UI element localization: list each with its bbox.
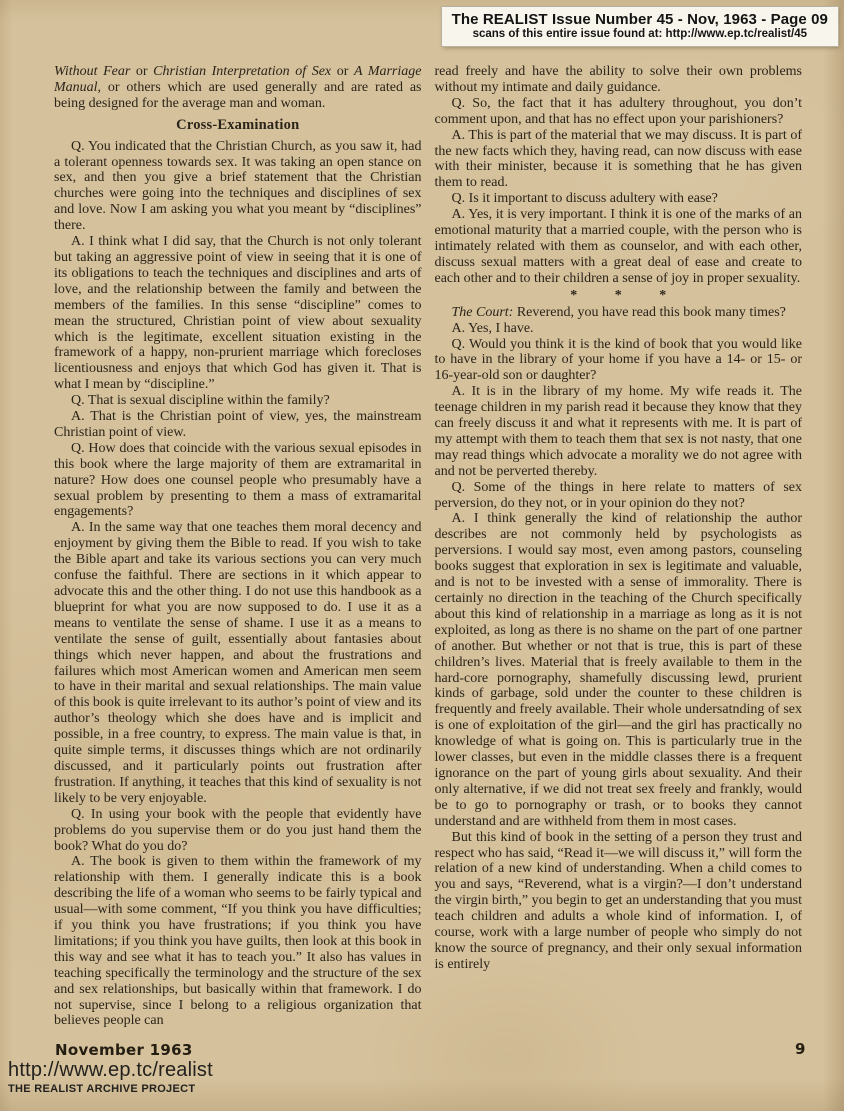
qa-paragraph: Q. You indicated that the Christian Chur… (54, 139, 422, 234)
qa-paragraph: Q. How does that coincide with the vario… (54, 441, 422, 521)
asterisk-separator: * * * (435, 288, 803, 304)
book-title-italic: Without Fear (54, 64, 130, 79)
qa-paragraph: Q. Some of the things in here relate to … (435, 480, 803, 512)
page-text-columns: Without Fear or Christian Interpretation… (54, 64, 802, 1046)
header-issue-line: The REALIST Issue Number 45 - Nov, 1963 … (452, 11, 828, 28)
qa-paragraph: A. I think what I did say, that the Chur… (54, 234, 422, 393)
section-heading: Cross-Examination (54, 118, 422, 134)
qa-paragraph: A. Yes, I have. (435, 321, 803, 337)
qa-paragraph: A. That is the Christian point of view, … (54, 409, 422, 441)
left-column: Without Fear or Christian Interpretation… (54, 64, 422, 1046)
court-speaker-label: The Court: (452, 305, 514, 320)
archive-footer-url: http://www.ep.tc/realist (8, 1059, 213, 1081)
qa-paragraph: But this kind of book in the setting of … (435, 830, 803, 973)
right-column: read freely and have the ability to solv… (435, 64, 803, 1046)
court-paragraph: The Court: Reverend, you have read this … (435, 305, 803, 321)
intro-paragraph: Without Fear or Christian Interpretation… (54, 64, 422, 112)
qa-paragraph: A. The book is given to them within the … (54, 854, 422, 1029)
qa-paragraph: Q. In using your book with the people th… (54, 807, 422, 855)
qa-paragraph: Q. So, the fact that it has adultery thr… (435, 96, 803, 128)
issue-date-footer: November 1963 (55, 1041, 193, 1059)
archive-footer-label: http://www.ep.tc/realist THE REALIST ARC… (8, 1059, 213, 1096)
qa-paragraph: Q. Is it important to discuss adultery w… (435, 191, 803, 207)
qa-paragraph: A. In the same way that one teaches them… (54, 520, 422, 806)
page-number: 9 (795, 1040, 805, 1058)
book-title-italic: Christian Interpretation of Sex (153, 64, 331, 79)
qa-paragraph: A. This is part of the material that we … (435, 128, 803, 192)
qa-paragraph: Q. Would you think it is the kind of boo… (435, 337, 803, 385)
archive-header-label: The REALIST Issue Number 45 - Nov, 1963 … (442, 7, 838, 46)
continuation-paragraph: read freely and have the ability to solv… (435, 64, 803, 96)
qa-paragraph: A. It is in the library of my home. My w… (435, 384, 803, 479)
archive-footer-project: THE REALIST ARCHIVE PROJECT (8, 1083, 213, 1096)
qa-paragraph: A. I think generally the kind of relatio… (435, 511, 803, 829)
qa-paragraph: Q. That is sexual discipline within the … (54, 393, 422, 409)
qa-paragraph: A. Yes, it is very important. I think it… (435, 207, 803, 287)
header-scan-url-line: scans of this entire issue found at: htt… (452, 28, 828, 41)
